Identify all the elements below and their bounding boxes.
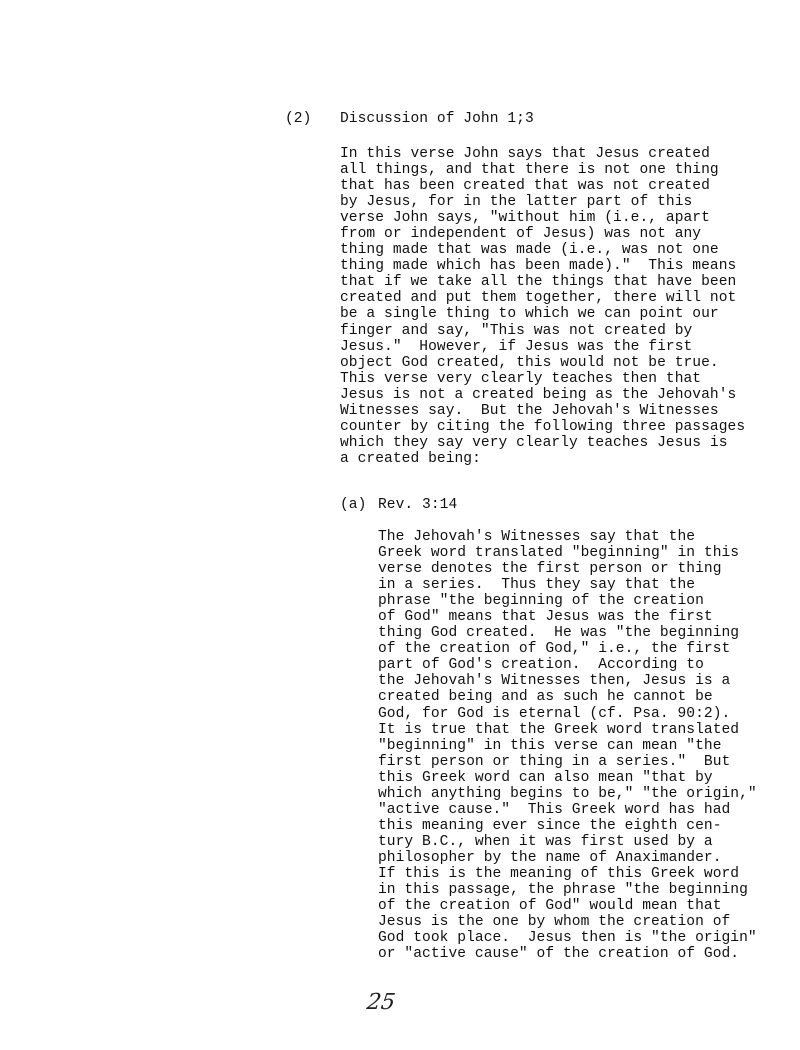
text-line: philosopher by the name of Anaximander. [378,850,757,866]
text-line: It is true that the Greek word translate… [378,722,757,738]
text-line: counter by citing the following three pa… [340,419,745,435]
text-line: thing God created. He was "the beginning [378,625,757,641]
text-line: that if we take all the things that have… [340,274,745,290]
text-line: created being and as such he cannot be [378,689,757,705]
text-line: In this verse John says that Jesus creat… [340,146,745,162]
text-line: be a single thing to which we can point … [340,306,745,322]
text-line: Jesus is the one by whom the creation of [378,914,757,930]
subsection-heading: Rev. 3:14 [378,497,457,513]
text-line: a created being: [340,451,745,467]
text-line: This verse very clearly teaches then tha… [340,371,745,387]
text-line: or "active cause" of the creation of God… [378,946,757,962]
text-line: Witnesses say. But the Jehovah's Witness… [340,403,745,419]
text-line: that has been created that was not creat… [340,178,745,194]
text-line: tury B.C., when it was first used by a [378,834,757,850]
text-line: in this passage, the phrase "the beginni… [378,882,757,898]
text-line: Greek word translated "beginning" in thi… [378,545,757,561]
section-heading: Discussion of John 1;3 [340,111,534,127]
text-line: which anything begins to be," "the origi… [378,786,757,802]
text-line: Jesus is not a created being as the Jeho… [340,387,745,403]
text-line: this Greek word can also mean "that by [378,770,757,786]
text-line: from or independent of Jesus) was not an… [340,226,745,242]
text-line: thing made that was made (i.e., was not … [340,242,745,258]
section-body: In this verse John says that Jesus creat… [340,146,745,467]
text-line: If this is the meaning of this Greek wor… [378,866,757,882]
text-line: the Jehovah's Witnesses then, Jesus is a [378,673,757,689]
text-line: object God created, this would not be tr… [340,355,745,371]
text-line: of God" means that Jesus was the first [378,609,757,625]
text-line: first person or thing in a series." But [378,754,757,770]
text-line: "active cause." This Greek word has had [378,802,757,818]
subsection-body: The Jehovah's Witnesses say that theGree… [378,529,757,962]
text-line: "beginning" in this verse can mean "the [378,738,757,754]
text-line: Jesus." However, if Jesus was the first [340,339,745,355]
text-line: by Jesus, for in the latter part of this [340,194,745,210]
text-line: all things, and that there is not one th… [340,162,745,178]
text-line: thing made which has been made)." This m… [340,258,745,274]
subsection-label: (a) [340,497,366,513]
text-line: created and put them together, there wil… [340,290,745,306]
text-line: in a series. Thus they say that the [378,577,757,593]
text-line: of the creation of God," i.e., the first [378,641,757,657]
text-line: God, for God is eternal (cf. Psa. 90:2). [378,706,757,722]
section-number: (2) [285,111,311,127]
text-line: which they say very clearly teaches Jesu… [340,435,745,451]
text-line: verse John says, "without him (i.e., apa… [340,210,745,226]
text-line: this meaning ever since the eighth cen- [378,818,757,834]
text-line: phrase "the beginning of the creation [378,593,757,609]
text-line: God took place. Jesus then is "the origi… [378,930,757,946]
text-line: part of God's creation. According to [378,657,757,673]
text-line: finger and say, "This was not created by [340,323,745,339]
text-line: of the creation of God" would mean that [378,898,757,914]
text-line: verse denotes the first person or thing [378,561,757,577]
page-number: 25 [365,990,397,1015]
text-line: The Jehovah's Witnesses say that the [378,529,757,545]
